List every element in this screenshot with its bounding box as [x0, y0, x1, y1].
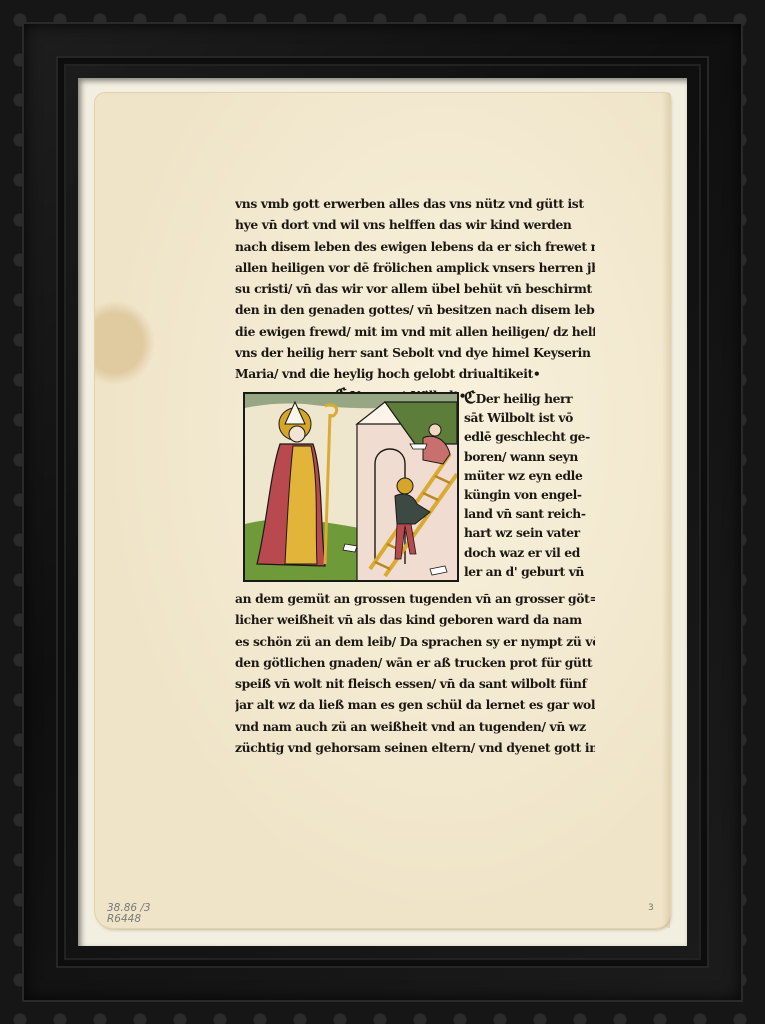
column-text-block: ℭDer heilig herr sāt Wilbolt ist vō edlē…	[464, 389, 599, 581]
reference-number: R6448	[107, 914, 151, 925]
text-line-content: Der heilig herr	[476, 391, 573, 406]
text-line: boren/ wann seyn	[464, 447, 599, 466]
text-line: nach disem leben des ewigen lebens da er…	[235, 236, 595, 257]
text-line: ler an d' geburt vn̄	[464, 562, 599, 581]
page-number: 3	[648, 903, 654, 913]
text-line: sāt Wilbolt ist vō	[464, 408, 599, 427]
text-line: es schön zü an dem leib/ Da sprachen sy …	[235, 631, 595, 652]
saint-willibald-woodcut-icon	[245, 394, 457, 580]
upper-text-block: vns vmb gott erwerben alles das vns nütz…	[235, 193, 595, 406]
text-line: züchtig vnd gehorsam seinen eltern/ vnd …	[235, 737, 595, 758]
text-line: doch waz er vil ed	[464, 543, 599, 562]
text-line: jar alt wz da ließ man es gen schül da l…	[235, 694, 595, 715]
lower-text-block: an dem gemüt an grossen tugenden vn̄ an …	[235, 588, 595, 758]
text-line: vns der heilig herr sant Sebolt vnd dye …	[235, 342, 595, 363]
text-line: vns vmb gott erwerben alles das vns nütz…	[235, 193, 595, 214]
text-line: licher weißheit vn̄ als das kind geboren…	[235, 609, 595, 630]
text-line: allen heiligen vor dē frölichen amplick …	[235, 257, 595, 278]
text-line: speiß vn̄ wolt nit fleisch essen/ vn̄ da…	[235, 673, 595, 694]
text-line: den in den genaden gottes/ vn̄ besitzen …	[235, 299, 595, 320]
text-line: hye vn̄ dort vnd wil vns helffen das wir…	[235, 214, 595, 235]
text-line: küngin von engel-	[464, 485, 599, 504]
text-line: ℭDer heilig herr	[464, 389, 599, 408]
woodcut-illustration	[243, 392, 459, 582]
text-line: den götlichen gnaden/ wān er aß trucken …	[235, 652, 595, 673]
picture-frame: vns vmb gott erwerben alles das vns nütz…	[0, 0, 765, 1024]
inventory-annotation: 38.86 /3 R6448	[107, 903, 151, 925]
paper-edge	[662, 93, 670, 928]
pilcrow-icon: ℭ	[464, 389, 476, 408]
text-line: Maria/ vnd die heylig hoch gelobt driual…	[235, 363, 595, 384]
text-line: an dem gemüt an grossen tugenden vn̄ an …	[235, 588, 595, 609]
text-line: hart wz sein vater	[464, 523, 599, 542]
text-line: edlē geschlecht ge-	[464, 427, 599, 446]
text-line: su cristi/ vn̄ das wir vor allem übel be…	[235, 278, 595, 299]
text-line: vnd nam auch zü an weißheit vnd an tugen…	[235, 716, 595, 737]
text-line: land vn̄ sant reich-	[464, 504, 599, 523]
text-line: die ewigen frewd/ mit im vnd mit allen h…	[235, 321, 595, 342]
text-line: müter wz eyn edle	[464, 466, 599, 485]
